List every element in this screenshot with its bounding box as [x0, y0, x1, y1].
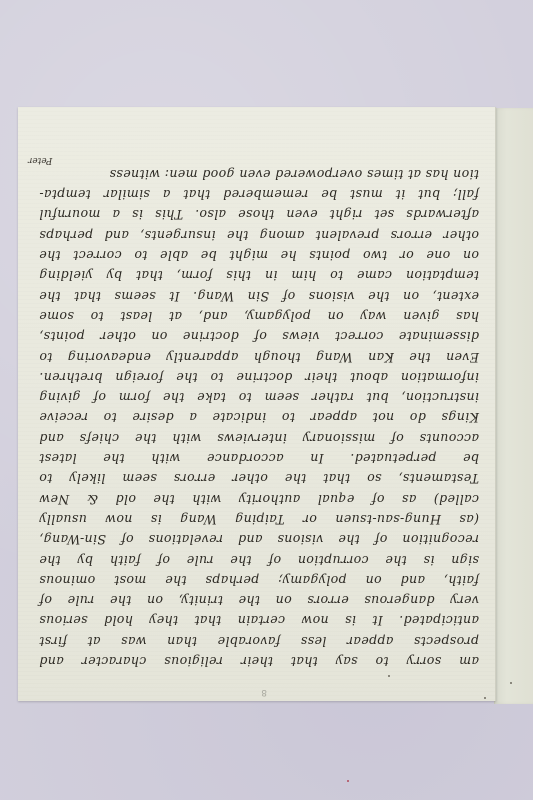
letter-line-3: anticipated. It is now certain that they… — [39, 610, 479, 630]
fold-speck — [510, 682, 512, 684]
letter-line-24: fall; but it must be remembered that a s… — [39, 184, 479, 204]
letter-line-16: Even the Kan Wang though apparently ende… — [39, 346, 479, 366]
letter-line-13: Kings do not appear to indicate a desire… — [39, 407, 479, 427]
letter-line-1: am sorry to say that their religious cha… — [39, 651, 479, 671]
letter-line-11: be perpetuated. In accordance with the l… — [39, 448, 479, 468]
pencil-page-number: 8 — [261, 687, 267, 697]
catchword: Peter — [28, 155, 52, 165]
backdrop-speck — [347, 780, 349, 782]
letter-line-18: has given way on polygamy, and, at least… — [39, 306, 479, 326]
letter-line-21: on one or two points he might be able to… — [39, 245, 479, 265]
letter-line-2: prospects appear less favorable than was… — [39, 630, 479, 650]
paper-speck — [484, 697, 486, 699]
letter-lines: am sorry to say that their religious cha… — [39, 164, 479, 671]
letter-line-4: very dangerous errors on the trinity, on… — [39, 590, 479, 610]
paper-speck — [388, 675, 390, 677]
letter-line-8: (as Hung-sau-tsuen or Taiping Wang is no… — [39, 509, 479, 529]
adjacent-leaf-fold — [494, 108, 533, 704]
letter-line-20: temptation came to him in this form, tha… — [39, 265, 479, 285]
letter-line-25: tion has at times overpowered even good … — [39, 164, 479, 184]
letter-line-22: other errors prevalent among the insurge… — [39, 224, 479, 244]
letter-line-10: Testaments, so that the other errors see… — [39, 468, 479, 488]
letter-line-23: afterwards set right even those also. Th… — [39, 204, 479, 224]
letter-line-7: recognition of the visions and revelatio… — [39, 529, 479, 549]
letter-sheet: 8 am sorry to say that their religious c… — [18, 107, 496, 701]
letter-line-17: disseminate correct views of doctrine on… — [39, 326, 479, 346]
letter-line-15: information about their doctrine to the … — [39, 367, 479, 387]
handwritten-text-block: 8 am sorry to say that their religious c… — [18, 107, 495, 701]
letter-line-14: instruction, but rather seem to take the… — [39, 387, 479, 407]
letter-line-19: extent, on the visions of Sin Wang. It s… — [39, 285, 479, 305]
letter-line-12: accounts of missionary interviews with t… — [39, 427, 479, 447]
letter-line-9: called) as of equal authority with the o… — [39, 488, 479, 508]
letter-line-5: faith, and on polygamy; perhaps the most… — [39, 570, 479, 590]
letter-line-6: sign is the corruption of the rule of fa… — [39, 549, 479, 569]
